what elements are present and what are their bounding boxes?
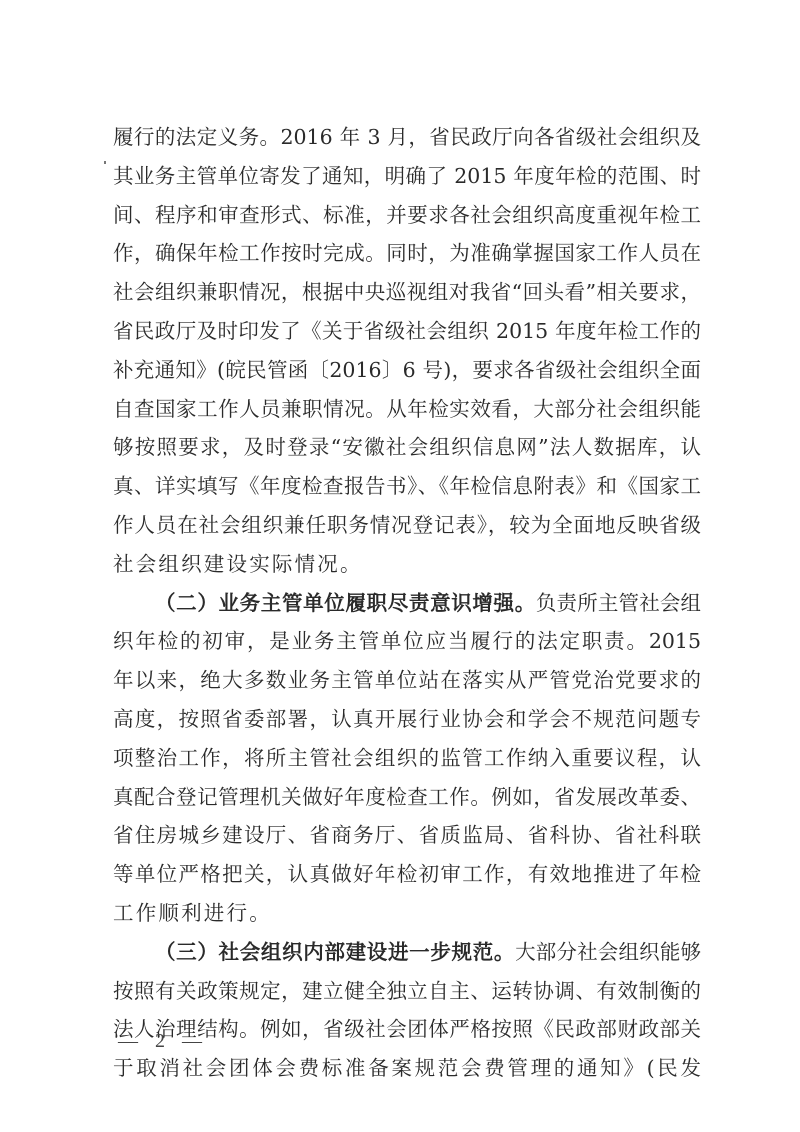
text-line: 真配合登记管理机关做好年度检查工作。例如，省发展改革委、 xyxy=(113,778,701,817)
paragraph-internal-construction: （三）社会组织内部建设进一步规范。大部分社会组织能够 按照有关政策规定，建立健全… xyxy=(113,933,701,1088)
text-line: 于取消社会团体会费标准备案规范会费管理的通知》(民发 xyxy=(113,1049,701,1088)
text-line: 高度，按照省委部署，认真开展行业协会和学会不规范问题专 xyxy=(113,700,701,739)
text-line: 年以来，绝大多数业务主管单位站在落实从严管党治党要求的 xyxy=(113,661,701,700)
text-line: 工作顺利进行。 xyxy=(113,894,701,933)
text-run: 负责所主管社会组 xyxy=(536,591,701,615)
text-line: 按照有关政策规定，建立健全独立自主、运转协调、有效制衡的 xyxy=(113,972,701,1011)
text-line: 社会组织建设实际情况。 xyxy=(113,545,701,584)
scan-speck xyxy=(104,161,106,164)
text-line: 社会组织兼职情况，根据中央巡视组对我省“回头看”相关要求， xyxy=(113,273,701,312)
text-line: 省住房城乡建设厅、省商务厅、省质监局、省科协、省社科联 xyxy=(113,816,701,855)
paragraph-supervising-units: （二）业务主管单位履职尽责意识增强。负责所主管社会组 织年检的初审，是业务主管单… xyxy=(113,584,701,933)
text-line: 够按照要求，及时登录“安徽社会组织信息网”法人数据库，认 xyxy=(113,428,701,467)
page-number: — 2 — xyxy=(118,1030,208,1053)
text-line: 间、程序和审查形式、标准，并要求各社会组织高度重视年检工 xyxy=(113,196,701,235)
text-line: 项整治工作，将所主管社会组织的监管工作纳入重要议程，认 xyxy=(113,739,701,778)
text-line: 等单位严格把关，认真做好年检初审工作，有效地推进了年检 xyxy=(113,855,701,894)
text-line: 作人员在社会组织兼任职务情况登记表》，较为全面地反映省级 xyxy=(113,506,701,545)
text-line: 省民政厅及时印发了《关于省级社会组织 2015 年度年检工作的 xyxy=(113,312,701,351)
text-line: 其业务主管单位寄发了通知，明确了 2015 年度年检的范围、时 xyxy=(113,157,701,196)
document-page: 履行的法定义务。2016 年 3 月，省民政厅向各省级社会组织及 其业务主管单位… xyxy=(0,0,800,1132)
text-line: 补充通知》(皖民管函〔2016〕6 号)，要求各省级社会组织全面 xyxy=(113,351,701,390)
text-line: 履行的法定义务。2016 年 3 月，省民政厅向各省级社会组织及 xyxy=(113,118,701,157)
text-line: 自查国家工作人员兼职情况。从年检实效看，大部分社会组织能 xyxy=(113,390,701,429)
text-line: 作，确保年检工作按时完成。同时，为准确掌握国家工作人员在 xyxy=(113,234,701,273)
text-line-first: （三）社会组织内部建设进一步规范。大部分社会组织能够 xyxy=(113,933,701,972)
document-body: 履行的法定义务。2016 年 3 月，省民政厅向各省级社会组织及 其业务主管单位… xyxy=(113,118,701,1088)
section-heading-3: （三）社会组织内部建设进一步规范。 xyxy=(155,940,515,964)
paragraph-annual-inspection-notice: 履行的法定义务。2016 年 3 月，省民政厅向各省级社会组织及 其业务主管单位… xyxy=(113,118,701,584)
text-line: 真、详实填写《年度检查报告书》、《年检信息附表》和《国家工 xyxy=(113,467,701,506)
text-run: 大部分社会组织能够 xyxy=(515,940,701,964)
text-line: 织年检的初审，是业务主管单位应当履行的法定职责。2015 xyxy=(113,622,701,661)
text-line-first: （二）业务主管单位履职尽责意识增强。负责所主管社会组 xyxy=(113,584,701,623)
section-heading-2: （二）业务主管单位履职尽责意识增强。 xyxy=(155,591,536,615)
